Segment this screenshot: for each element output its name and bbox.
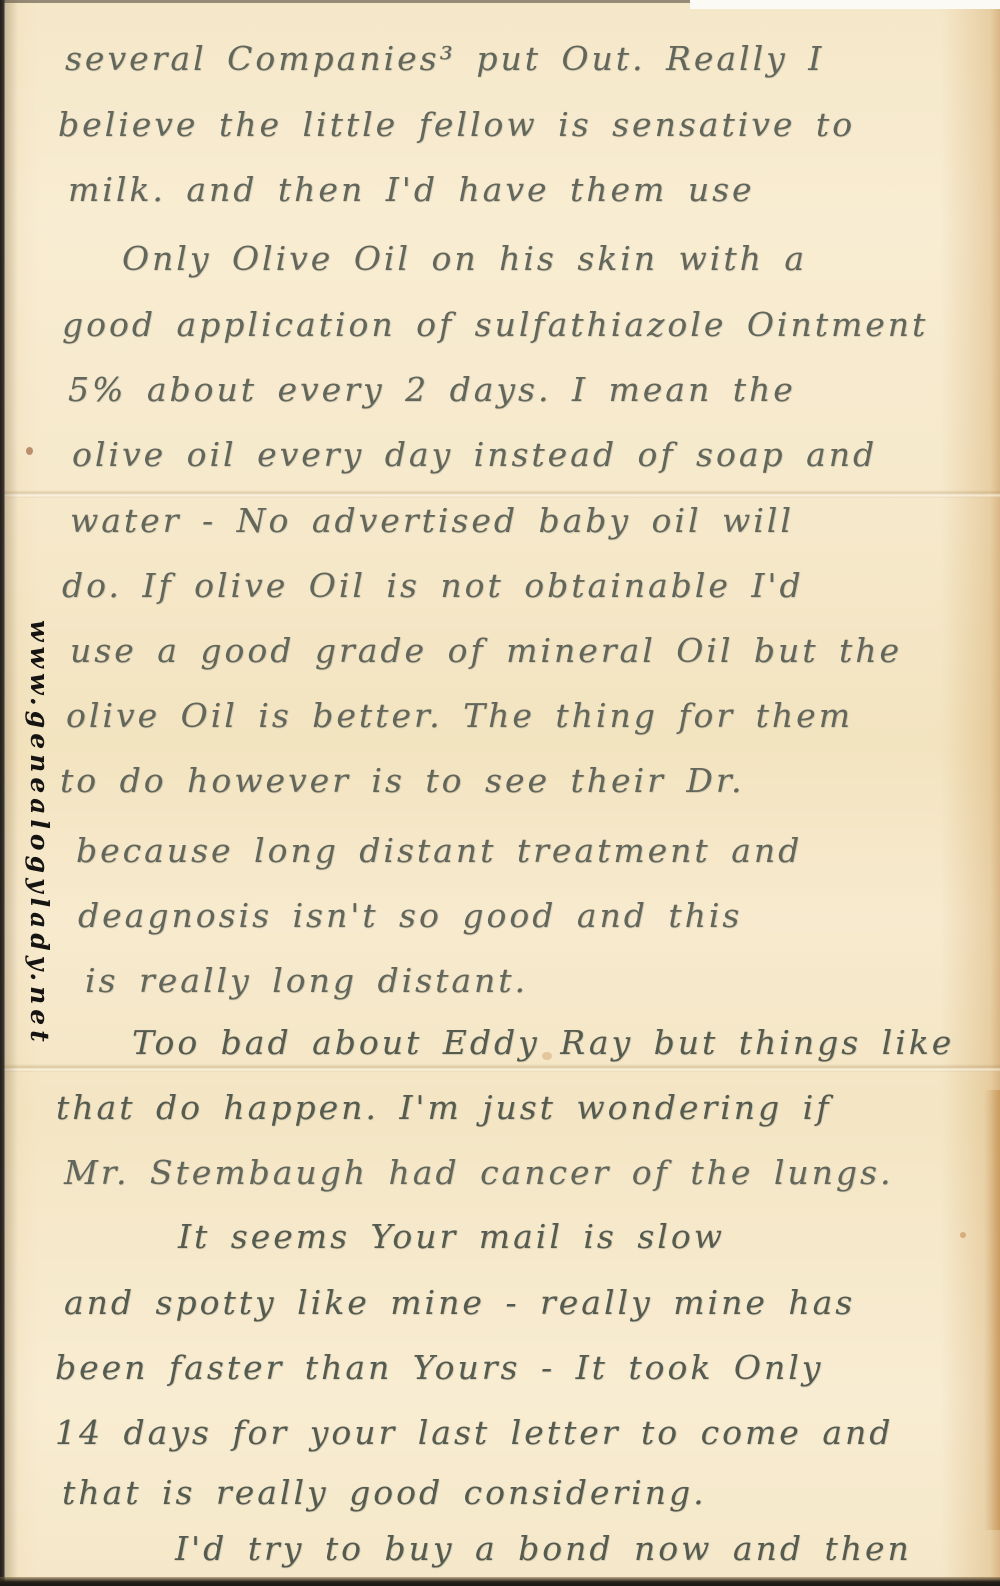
handwritten-line: Mr. Stembaugh had cancer of the lungs.: [64, 1156, 893, 1191]
scan-edge-left-shadow: [6, 0, 18, 1586]
paper-stain: [26, 447, 33, 455]
handwritten-line: that is really good considering.: [62, 1476, 707, 1511]
handwritten-line: to do however is to see their Dr.: [60, 764, 744, 799]
handwritten-line: 14 days for your last letter to come and: [55, 1416, 893, 1451]
handwritten-line: is really long distant.: [85, 964, 528, 999]
handwritten-line: because long distant treatment and: [76, 834, 802, 869]
handwritten-line: milk. and then I'd have them use: [68, 173, 755, 208]
handwritten-line: deagnosis isn't so good and this: [78, 899, 742, 934]
handwritten-line: that do happen. I'm just wondering if: [56, 1091, 831, 1126]
scanned-letter-page: www.genealogylady.net several Companies³…: [0, 0, 1000, 1586]
handwritten-line: Too bad about Eddy Ray but things like: [132, 1026, 954, 1061]
handwritten-line: olive oil every day instead of soap and: [72, 438, 877, 473]
handwritten-line: and spotty like mine - really mine has: [64, 1286, 855, 1321]
handwritten-line: good application of sulfathiazole Ointme…: [62, 308, 928, 343]
handwritten-line: use a good grade of mineral Oil but the: [70, 634, 902, 669]
watermark-text: www.genealogylady.net: [20, 620, 54, 1032]
fold-crease-top: [0, 490, 1000, 498]
handwritten-line: water - No advertised baby oil will: [70, 504, 794, 539]
fold-crease-bottom: [0, 1064, 1000, 1072]
handwritten-line: several Companies³ put Out. Really I: [65, 42, 824, 77]
handwritten-line: been faster than Yours - It took Only: [55, 1351, 823, 1386]
handwritten-line: Only Olive Oil on his skin with a: [122, 242, 807, 277]
handwritten-line: It seems Your mail is slow: [178, 1220, 725, 1255]
aged-paper-edge-right: [984, 1090, 1000, 1530]
handwritten-line: I'd try to buy a bond now and then: [175, 1532, 912, 1567]
handwritten-line: believe the little fellow is sensative t…: [58, 108, 855, 143]
paper-stain: [960, 1232, 966, 1238]
handwritten-line: 5% about every 2 days. I mean the: [68, 373, 796, 408]
scan-background-sliver: [690, 0, 1000, 9]
handwritten-line: olive Oil is better. The thing for them: [66, 699, 853, 734]
scan-edge-bottom: [0, 1577, 1000, 1586]
handwritten-line: do. If olive Oil is not obtainable I'd: [62, 569, 804, 604]
